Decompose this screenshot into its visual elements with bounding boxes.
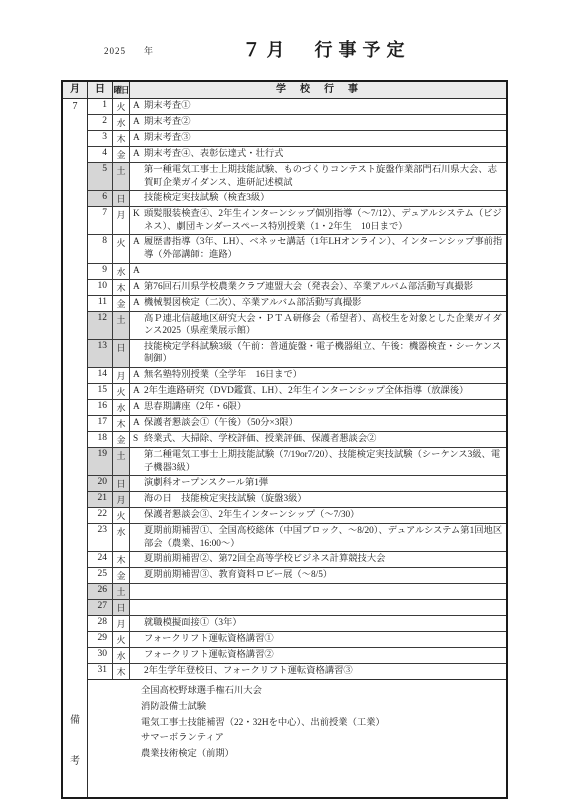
event-text: 終業式、大掃除、学校評価、授業評価、保護者懇談会② — [144, 433, 503, 446]
header-day: 日 — [88, 82, 113, 98]
schedule-table: 月 日 曜日 学 校 行 事 7 1 火 A 期末考査① 2 水 A 期末考査②… — [61, 80, 508, 799]
weekday-cell: 日 — [113, 476, 130, 491]
table-row: 29 火 フォークリフト運転資格講習① — [88, 632, 506, 648]
event-cell: 高Ｐ連北信越地区研究大会・ＰＴＡ研修会（希望者）、高校生を対象とした企業ガイダン… — [130, 312, 506, 339]
event-text: 夏期前期補習①、全国高校総体（中国ブロック、～8/20）、デュアルシステム第1回… — [144, 525, 503, 550]
event-cell: K 頭髪服装検査④、2年生インターンシップ個別指導（～7/12）、デュアルシステ… — [130, 207, 506, 234]
day-cell: 8 — [88, 235, 113, 262]
table-row: 1 火 A 期末考査① — [88, 99, 506, 115]
page-title: ７月 行事予定 — [44, 36, 565, 62]
event-cell: 技能検定学科試験3級（午前：普通旋盤・電子機器組立、午後：機器検査・シーケンス制… — [130, 340, 506, 367]
table-row: 8 火 A 履歴書指導（3年、LH）、ベネッセ講話（1年LHオンライン）、インタ… — [88, 235, 506, 263]
weekday-cell: 月 — [113, 492, 130, 507]
day-cell: 5 — [88, 163, 113, 190]
event-cell: A 保護者懇談会①（午後）（50分×3限） — [130, 416, 506, 431]
event-cell: A 思春期講座（2年・6限） — [130, 400, 506, 415]
event-cell: A 機械製図検定（二次）、卒業アルバム部活動写真撮影 — [130, 296, 506, 311]
day-cell: 7 — [88, 207, 113, 234]
table-row: 30 水 フォークリフト運転資格講習② — [88, 648, 506, 664]
weekday-cell: 水 — [113, 400, 130, 415]
table-row: 18 金 S 終業式、大掃除、学校評価、授業評価、保護者懇談会② — [88, 432, 506, 448]
event-code: A — [133, 385, 144, 398]
remark-item: サマーボランティア — [141, 731, 502, 747]
event-cell: 夏期前期補習③、教育資料ロビー展（～8/5） — [130, 568, 506, 583]
weekday-cell: 木 — [113, 552, 130, 567]
table-row: 14 月 A 無名塾特別授業（全学年 16日まで） — [88, 368, 506, 384]
day-cell: 9 — [88, 264, 113, 279]
event-text: フォークリフト運転資格講習② — [144, 649, 503, 662]
day-cell: 19 — [88, 448, 113, 475]
event-text: 第一種電気工事士上期技能試験、ものづくりコンテスト旋盤作業部門石川県大会、志賀町… — [144, 164, 503, 189]
weekday-cell: 火 — [113, 632, 130, 647]
weekday-cell: 水 — [113, 264, 130, 279]
table-row: 23 水 夏期前期補習①、全国高校総体（中国ブロック、～8/20）、デュアルシス… — [88, 524, 506, 552]
event-code: A — [133, 297, 144, 310]
day-cell: 6 — [88, 191, 113, 206]
event-text: 機械製図検定（二次）、卒業アルバム部活動写真撮影 — [144, 297, 503, 310]
day-cell: 2 — [88, 115, 113, 130]
event-text: 期末考査① — [144, 100, 503, 113]
day-cell: 4 — [88, 147, 113, 162]
event-text: 期末考査④、表彰伝達式・壮行式 — [144, 148, 503, 161]
table-row: 2 水 A 期末考査② — [88, 115, 506, 131]
event-text: 就職模擬面接①（3年） — [144, 617, 503, 630]
weekday-cell: 月 — [113, 368, 130, 383]
event-cell: 演劇科オープンスクール第1弾 — [130, 476, 506, 491]
table-row: 27 日 — [88, 600, 506, 616]
event-text: 期末考査③ — [144, 132, 503, 145]
table-row: 6 日 技能検定実技試験（検査3級） — [88, 191, 506, 207]
weekday-cell: 日 — [113, 340, 130, 367]
weekday-cell: 土 — [113, 163, 130, 190]
weekday-cell: 金 — [113, 432, 130, 447]
remarks-label-char-2: 考 — [70, 752, 80, 767]
event-text: 期末考査② — [144, 116, 503, 129]
weekday-cell: 火 — [113, 235, 130, 262]
weekday-cell: 木 — [113, 664, 130, 679]
event-cell: A 無名塾特別授業（全学年 16日まで） — [130, 368, 506, 383]
table-row: 21 月 海の日 技能検定実技試験（旋盤3級） — [88, 492, 506, 508]
remark-item: 農業技術検定（前期） — [141, 747, 502, 763]
event-code: A — [133, 236, 144, 249]
weekday-cell: 木 — [113, 131, 130, 146]
event-cell: 技能検定実技試験（検査3級） — [130, 191, 506, 206]
day-rows: 1 火 A 期末考査① 2 水 A 期末考査② 3 木 A 期末考査③ 4 金 … — [88, 99, 506, 680]
event-cell: 夏期前期補習②、第72回全高等学校ビジネス計算競技大会 — [130, 552, 506, 567]
event-code: K — [133, 208, 144, 221]
event-code: S — [133, 433, 144, 446]
weekday-cell: 日 — [113, 191, 130, 206]
weekday-cell: 土 — [113, 448, 130, 475]
weekday-cell: 月 — [113, 207, 130, 234]
table-row: 25 金 夏期前期補習③、教育資料ロビー展（～8/5） — [88, 568, 506, 584]
event-text: 思春期講座（2年・6限） — [144, 401, 503, 414]
event-cell: 第一種電気工事士上期技能試験、ものづくりコンテスト旋盤作業部門石川県大会、志賀町… — [130, 163, 506, 190]
day-cell: 10 — [88, 280, 113, 295]
event-cell: A 期末考査④、表彰伝達式・壮行式 — [130, 147, 506, 162]
table-row: 11 金 A 機械製図検定（二次）、卒業アルバム部活動写真撮影 — [88, 296, 506, 312]
event-code: A — [133, 132, 144, 145]
event-cell: A 第76回石川県学校農業クラブ連盟大会（発表会）、卒業アルバム部活動写真撮影 — [130, 280, 506, 295]
event-text: 保護者懇談会③、2年生インターンシップ（～7/30） — [144, 509, 503, 522]
event-text: 技能検定実技試験（検査3級） — [144, 192, 503, 205]
event-cell: 第二種電気工事士上期技能試験（7/19or7/20）、技能検定実技試験（シーケン… — [130, 448, 506, 475]
weekday-cell: 金 — [113, 147, 130, 162]
day-cell: 1 — [88, 99, 113, 114]
table-row: 28 月 就職模擬面接①（3年） — [88, 616, 506, 632]
table-row: 15 火 A 2年生進路研究（DVD鑑賞、LH）、2年生インターンシップ全体指導… — [88, 384, 506, 400]
header-events: 学 校 行 事 — [130, 82, 506, 98]
event-text: 夏期前期補習②、第72回全高等学校ビジネス計算競技大会 — [144, 553, 503, 566]
header-month: 月 — [63, 82, 88, 98]
table-row: 12 土 高Ｐ連北信越地区研究大会・ＰＴＡ研修会（希望者）、高校生を対象とした企… — [88, 312, 506, 340]
table-row: 5 土 第一種電気工事士上期技能試験、ものづくりコンテスト旋盤作業部門石川県大会… — [88, 163, 506, 191]
day-cell: 14 — [88, 368, 113, 383]
remarks-section: 備 考 全国高校野球選手権石川大会 消防設備士試験 電気工事士技能補習（22・3… — [63, 680, 506, 797]
day-cell: 21 — [88, 492, 113, 507]
event-code: A — [133, 265, 144, 278]
event-text: 履歴書指導（3年、LH）、ベネッセ講話（1年LHオンライン）、インターンシップ事… — [144, 236, 503, 261]
event-text: 高Ｐ連北信越地区研究大会・ＰＴＡ研修会（希望者）、高校生を対象とした企業ガイダン… — [144, 313, 503, 338]
event-code: A — [133, 369, 144, 382]
table-row: 20 日 演劇科オープンスクール第1弾 — [88, 476, 506, 492]
event-cell: A 期末考査② — [130, 115, 506, 130]
event-text: 頭髪服装検査④、2年生インターンシップ個別指導（～7/12）、デュアルシステム（… — [144, 208, 503, 233]
event-cell: フォークリフト運転資格講習① — [130, 632, 506, 647]
remarks-label-char-1: 備 — [70, 711, 80, 726]
table-row: 16 水 A 思春期講座（2年・6限） — [88, 400, 506, 416]
weekday-cell: 金 — [113, 296, 130, 311]
table-body: 7 1 火 A 期末考査① 2 水 A 期末考査② 3 木 A 期末考査③ 4 … — [63, 99, 506, 680]
table-row: 10 木 A 第76回石川県学校農業クラブ連盟大会（発表会）、卒業アルバム部活動… — [88, 280, 506, 296]
document-header: 2025年 ７月 行事予定 — [0, 36, 565, 62]
event-cell — [130, 584, 506, 599]
remark-item: 消防設備士試験 — [141, 700, 502, 716]
event-text: フォークリフト運転資格講習① — [144, 633, 503, 646]
day-cell: 20 — [88, 476, 113, 491]
weekday-cell: 火 — [113, 99, 130, 114]
table-row: 4 金 A 期末考査④、表彰伝達式・壮行式 — [88, 147, 506, 163]
event-text: 第二種電気工事士上期技能試験（7/19or7/20）、技能検定実技試験（シーケン… — [144, 449, 503, 474]
weekday-cell: 日 — [113, 600, 130, 615]
weekday-cell: 木 — [113, 280, 130, 295]
event-cell: A — [130, 264, 506, 279]
event-cell — [130, 600, 506, 615]
event-cell: A 履歴書指導（3年、LH）、ベネッセ講話（1年LHオンライン）、インターンシッ… — [130, 235, 506, 262]
event-text: 海の日 技能検定実技試験（旋盤3級） — [144, 493, 503, 506]
table-row: 26 土 — [88, 584, 506, 600]
event-code: A — [133, 148, 144, 161]
day-cell: 29 — [88, 632, 113, 647]
event-code: A — [133, 116, 144, 129]
day-cell: 18 — [88, 432, 113, 447]
table-row: 7 月 K 頭髪服装検査④、2年生インターンシップ個別指導（～7/12）、デュア… — [88, 207, 506, 235]
event-text: 夏期前期補習③、教育資料ロビー展（～8/5） — [144, 569, 503, 582]
day-cell: 11 — [88, 296, 113, 311]
day-cell: 13 — [88, 340, 113, 367]
event-cell: 夏期前期補習①、全国高校総体（中国ブロック、～8/20）、デュアルシステム第1回… — [130, 524, 506, 551]
event-cell: A 期末考査① — [130, 99, 506, 114]
event-cell: フォークリフト運転資格講習② — [130, 648, 506, 663]
weekday-cell: 月 — [113, 616, 130, 631]
event-cell: 保護者懇談会③、2年生インターンシップ（～7/30） — [130, 508, 506, 523]
event-text: 2年生進路研究（DVD鑑賞、LH）、2年生インターンシップ全体指導（放課後） — [144, 385, 503, 398]
event-cell: A 2年生進路研究（DVD鑑賞、LH）、2年生インターンシップ全体指導（放課後） — [130, 384, 506, 399]
day-cell: 23 — [88, 524, 113, 551]
weekday-cell: 金 — [113, 568, 130, 583]
table-row: 31 木 2年生学年登校日、フォークリフト運転資格講習③ — [88, 664, 506, 680]
month-cell: 7 — [63, 99, 88, 680]
day-cell: 15 — [88, 384, 113, 399]
event-text: 技能検定学科試験3級（午前：普通旋盤・電子機器組立、午後：機器検査・シーケンス制… — [144, 341, 503, 366]
event-text: 2年生学年登校日、フォークリフト運転資格講習③ — [144, 665, 503, 678]
event-cell: 就職模擬面接①（3年） — [130, 616, 506, 631]
day-cell: 12 — [88, 312, 113, 339]
event-text: 無名塾特別授業（全学年 16日まで） — [144, 369, 503, 382]
day-cell: 25 — [88, 568, 113, 583]
day-cell: 30 — [88, 648, 113, 663]
weekday-cell: 水 — [113, 115, 130, 130]
remark-item: 電気工事士技能補習（22・32Hを中心）、出前授業（工業） — [141, 716, 502, 732]
event-text: 演劇科オープンスクール第1弾 — [144, 477, 503, 490]
event-code: A — [133, 401, 144, 414]
day-cell: 26 — [88, 584, 113, 599]
table-row: 22 火 保護者懇談会③、2年生インターンシップ（～7/30） — [88, 508, 506, 524]
event-cell: 海の日 技能検定実技試験（旋盤3級） — [130, 492, 506, 507]
weekday-cell: 火 — [113, 384, 130, 399]
header-weekday: 曜日 — [113, 82, 130, 98]
weekday-cell: 木 — [113, 416, 130, 431]
day-cell: 3 — [88, 131, 113, 146]
event-text: 保護者懇談会①（午後）（50分×3限） — [144, 417, 503, 430]
weekday-cell: 水 — [113, 648, 130, 663]
event-cell: A 期末考査③ — [130, 131, 506, 146]
day-cell: 17 — [88, 416, 113, 431]
event-cell: 2年生学年登校日、フォークリフト運転資格講習③ — [130, 664, 506, 679]
day-cell: 22 — [88, 508, 113, 523]
remarks-label: 備 考 — [63, 680, 88, 797]
remark-item: 全国高校野球選手権石川大会 — [141, 684, 502, 700]
table-row: 24 木 夏期前期補習②、第72回全高等学校ビジネス計算競技大会 — [88, 552, 506, 568]
event-code: A — [133, 417, 144, 430]
event-code: A — [133, 100, 144, 113]
weekday-cell: 火 — [113, 508, 130, 523]
weekday-cell: 土 — [113, 312, 130, 339]
table-row: 9 水 A — [88, 264, 506, 280]
day-cell: 24 — [88, 552, 113, 567]
weekday-cell: 土 — [113, 584, 130, 599]
day-cell: 27 — [88, 600, 113, 615]
day-cell: 16 — [88, 400, 113, 415]
table-header-row: 月 日 曜日 学 校 行 事 — [63, 82, 506, 99]
table-row: 13 日 技能検定学科試験3級（午前：普通旋盤・電子機器組立、午後：機器検査・シ… — [88, 340, 506, 368]
day-cell: 28 — [88, 616, 113, 631]
event-cell: S 終業式、大掃除、学校評価、授業評価、保護者懇談会② — [130, 432, 506, 447]
weekday-cell: 水 — [113, 524, 130, 551]
event-text: 第76回石川県学校農業クラブ連盟大会（発表会）、卒業アルバム部活動写真撮影 — [144, 281, 503, 294]
event-code: A — [133, 281, 144, 294]
day-cell: 31 — [88, 664, 113, 679]
remarks-body: 全国高校野球選手権石川大会 消防設備士試験 電気工事士技能補習（22・32Hを中… — [88, 680, 506, 797]
table-row: 17 木 A 保護者懇談会①（午後）（50分×3限） — [88, 416, 506, 432]
table-row: 19 土 第二種電気工事士上期技能試験（7/19or7/20）、技能検定実技試験… — [88, 448, 506, 476]
table-row: 3 木 A 期末考査③ — [88, 131, 506, 147]
